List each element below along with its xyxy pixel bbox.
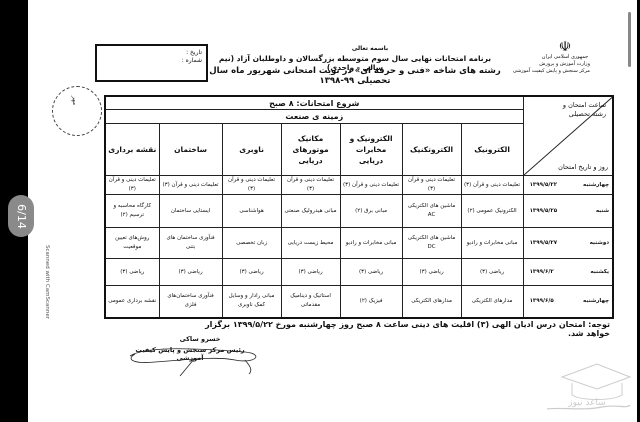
major-header: الکترونیک	[461, 124, 523, 176]
exam-subject: نقشه برداری عمومی	[105, 286, 159, 318]
ministry-emblem: ☫ جمهوری اسلامی ایران وزارت آموزش و پرور…	[540, 40, 590, 75]
exam-subject: مبانی مخابرات و رادیو	[461, 228, 523, 259]
exam-subject: تعلیمات دینی و قرآن (۳)	[105, 176, 159, 195]
exam-subject: ماشین های الکتریکی DC	[402, 228, 461, 259]
corner-header: ساعت امتحان و رشته تحصیلی روز و تاریخ ام…	[523, 96, 613, 176]
major-header: الکتروتکنیک	[402, 124, 461, 176]
exam-subject: زبان تخصصی	[222, 228, 281, 259]
svg-text:ساعد نیوز: ساعد نیوز	[567, 398, 605, 408]
table-row: دوشنبه ۱۳۹۹/۵/۲۷ مبانی مخابرات و رادیو م…	[105, 228, 613, 259]
major-header: مکانیک موتورهای دریایی	[281, 124, 340, 176]
start-time-band: شروع امتحانات: ۸ صبح	[105, 96, 523, 110]
table-row: شنبه ۱۳۹۹/۵/۲۵ الکترونیک عمومی (۲) ماشین…	[105, 195, 613, 228]
major-header: ساختمان	[159, 124, 222, 176]
reference-box: تاریخ : شماره :	[95, 44, 208, 82]
exam-subject: فنآوری ساختمان های بتنی	[159, 228, 222, 259]
exam-date: ۱۳۹۹/۶/۲	[523, 259, 576, 286]
exam-subject: محیط زیست دریایی	[281, 228, 340, 259]
exam-subject: مدارهای الکتریکی	[402, 286, 461, 318]
exam-subject: کارگاه محاسبه و ترسیم (۲)	[105, 195, 159, 228]
exam-subject: ریاضی (۳)	[105, 259, 159, 286]
iran-emblem-icon: ☫	[540, 40, 590, 54]
exam-date: ۱۳۹۹/۵/۲۷	[523, 228, 576, 259]
official-seal: مهر	[52, 86, 102, 136]
exam-day: یکشنبه	[576, 259, 613, 286]
exam-date: ۱۳۹۹/۵/۲۲	[523, 176, 576, 195]
major-header: نقشه برداری	[105, 124, 159, 176]
exam-subject: مدارهای الکتریکی	[461, 286, 523, 318]
page-indicator: 6/14	[8, 195, 34, 237]
exam-subject: ایستایی ساختمان	[159, 195, 222, 228]
table-row: یکشنبه ۱۳۹۹/۶/۲ ریاضی (۳) ریاضی (۳) ریاض…	[105, 259, 613, 286]
exam-day: چهارشنبه	[576, 176, 613, 195]
exam-subject: مبانی مخابرات و رادیو	[340, 228, 402, 259]
exam-date: ۱۳۹۹/۵/۲۵	[523, 195, 576, 228]
exam-subject: مبانی برق (۲)	[340, 195, 402, 228]
exam-subject: تعلیمات دینی و قرآن (۳)	[402, 176, 461, 195]
exam-day: چهارشنبه	[576, 286, 613, 318]
exam-subject: هواشناسی	[222, 195, 281, 228]
exam-subject: ریاضی (۳)	[281, 259, 340, 286]
exam-subject: ریاضی (۳)	[222, 259, 281, 286]
signature-scribble	[125, 338, 265, 378]
exam-note: توجه: امتحان درس ادیان الهی (۳) اقلیت ها…	[180, 320, 610, 338]
exam-subject: تعلیمات دینی و قرآن (۳)	[222, 176, 281, 195]
field-group-band: زمینه ی صنعت	[105, 110, 523, 124]
table-row: چهارشنبه ۱۳۹۹/۶/۵ مدارهای الکتریکی مداره…	[105, 286, 613, 318]
exam-subject: تعلیمات دینی و قرآن (۳)	[340, 176, 402, 195]
exam-subject: مبانی رادار و وسایل کمک ناوبری	[222, 286, 281, 318]
exam-subject: ریاضی (۳)	[340, 259, 402, 286]
exam-subject: استاتیک و دینامیک مقدماتی	[281, 286, 340, 318]
table-row: چهارشنبه ۱۳۹۹/۵/۲۲ تعلیمات دینی و قرآن (…	[105, 176, 613, 195]
major-header: الکترونیک و مخابرات دریایی	[340, 124, 402, 176]
exam-date: ۱۳۹۹/۶/۵	[523, 286, 576, 318]
number-label: شماره :	[182, 57, 202, 64]
exam-subject: ریاضی (۳)	[159, 259, 222, 286]
exam-subject: ریاضی (۳)	[402, 259, 461, 286]
scrollbar-thumb[interactable]	[628, 12, 631, 67]
exam-day: دوشنبه	[576, 228, 613, 259]
watermark-logo: ساعد نیوز	[542, 359, 632, 414]
exam-subject: روش‌های تعیین موقعیت	[105, 228, 159, 259]
exam-subject: فنآوری ساختمان‌های فلزی	[159, 286, 222, 318]
date-label: تاریخ :	[186, 49, 202, 56]
document-subtitle: رشته های شاخه «فنی و حرفه ای» در نوبت ام…	[208, 66, 502, 86]
exam-subject: تعلیمات دینی و قرآن (۳)	[281, 176, 340, 195]
major-header: ناوبری	[222, 124, 281, 176]
exam-subject: تعلیمات دینی و قرآن (۳)	[461, 176, 523, 195]
scanner-label: Scanned with CamScanner	[40, 245, 50, 355]
exam-subject: فیزیک (۲)	[340, 286, 402, 318]
exam-schedule-table: ساعت امتحان و رشته تحصیلی روز و تاریخ ام…	[104, 95, 614, 319]
exam-subject: مبانی هیدرولیک صنعتی	[281, 195, 340, 228]
exam-subject: تعلیمات دینی و قرآن (۳)	[159, 176, 222, 195]
exam-day: شنبه	[576, 195, 613, 228]
exam-subject: ماشین های الکتریکی AC	[402, 195, 461, 228]
exam-subject: ریاضی (۳)	[461, 259, 523, 286]
bismillah: باسمه تعالی	[300, 45, 440, 52]
exam-subject: الکترونیک عمومی (۲)	[461, 195, 523, 228]
